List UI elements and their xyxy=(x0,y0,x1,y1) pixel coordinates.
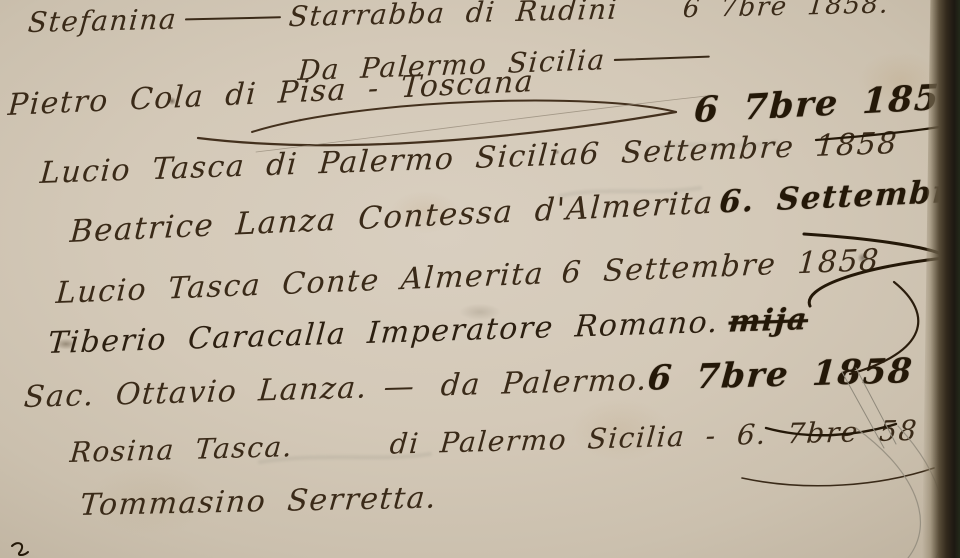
entry-name: Lucio Tasca Conte Almerita xyxy=(55,256,545,311)
entry-name: Rosina Tasca. xyxy=(69,430,295,469)
register-entry: Pietro Cola di Pisa - Toscana xyxy=(7,64,535,123)
entry-date: 6. Settembre 1858. xyxy=(719,167,960,220)
entry-date: 6 Settembre 1858 xyxy=(560,243,880,291)
entry-name: Pietro Cola di Pisa - Toscana xyxy=(7,64,535,123)
entry-name: Stefanina xyxy=(27,3,179,39)
register-entry: Lucio Tasca Conte Almerita 6 Settembre 1… xyxy=(55,243,880,311)
entry-date: - 6. 7bre 58 xyxy=(704,414,919,453)
entry-date: 6 7bre 1858 xyxy=(647,351,915,399)
register-entry: Tiberio Caracalla Imperatore Romano. mij… xyxy=(47,302,808,361)
register-page: Stefanina Starrabba di Rudini 6 7bre 185… xyxy=(0,0,960,558)
entry-name: Sac. Ottavio Lanza. xyxy=(23,370,369,415)
entry-date: 6 7bre 1858 xyxy=(693,76,960,131)
entry-place: di Palermo Sicilia xyxy=(389,420,687,461)
pen-dash: — xyxy=(382,369,416,405)
entry-name: Lucio Tasca di Palermo Sicilia xyxy=(39,137,581,191)
register-entry: Tommasino Serretta. xyxy=(80,481,438,523)
entry-date: 6 7bre 1858. xyxy=(682,0,891,24)
register-entry: Stefanina Starrabba di Rudini 6 7bre 185… xyxy=(28,0,891,39)
entry-date: 6 Settembre 1858 xyxy=(578,126,899,172)
register-entry: Sac. Ottavio Lanza. — da Palermo. 6 7bre… xyxy=(23,352,884,416)
entry-name: Tiberio Caracalla Imperatore Romano. xyxy=(47,305,720,361)
register-entry: Beatrice Lanza Contessa d'Almerita 6. Se… xyxy=(69,174,952,250)
entry-name-cont: Starrabba di Rudini xyxy=(288,0,620,33)
entry-name: Beatrice Lanza Contessa d'Almerita xyxy=(69,185,715,250)
struck-word: mija xyxy=(727,302,809,340)
register-entry: Lucio Tasca di Palermo Sicilia 6 Settemb… xyxy=(39,127,882,191)
pen-stroke xyxy=(614,55,710,60)
entry-name: Tommasino Serretta. xyxy=(79,480,439,523)
entry-place: da Palermo. xyxy=(440,363,650,404)
register-entry: Rosina Tasca. di Palermo Sicilia - 6. 7b… xyxy=(70,414,919,469)
pen-stroke xyxy=(185,16,281,20)
register-entry-date: 6 7bre 1858 xyxy=(693,76,960,131)
